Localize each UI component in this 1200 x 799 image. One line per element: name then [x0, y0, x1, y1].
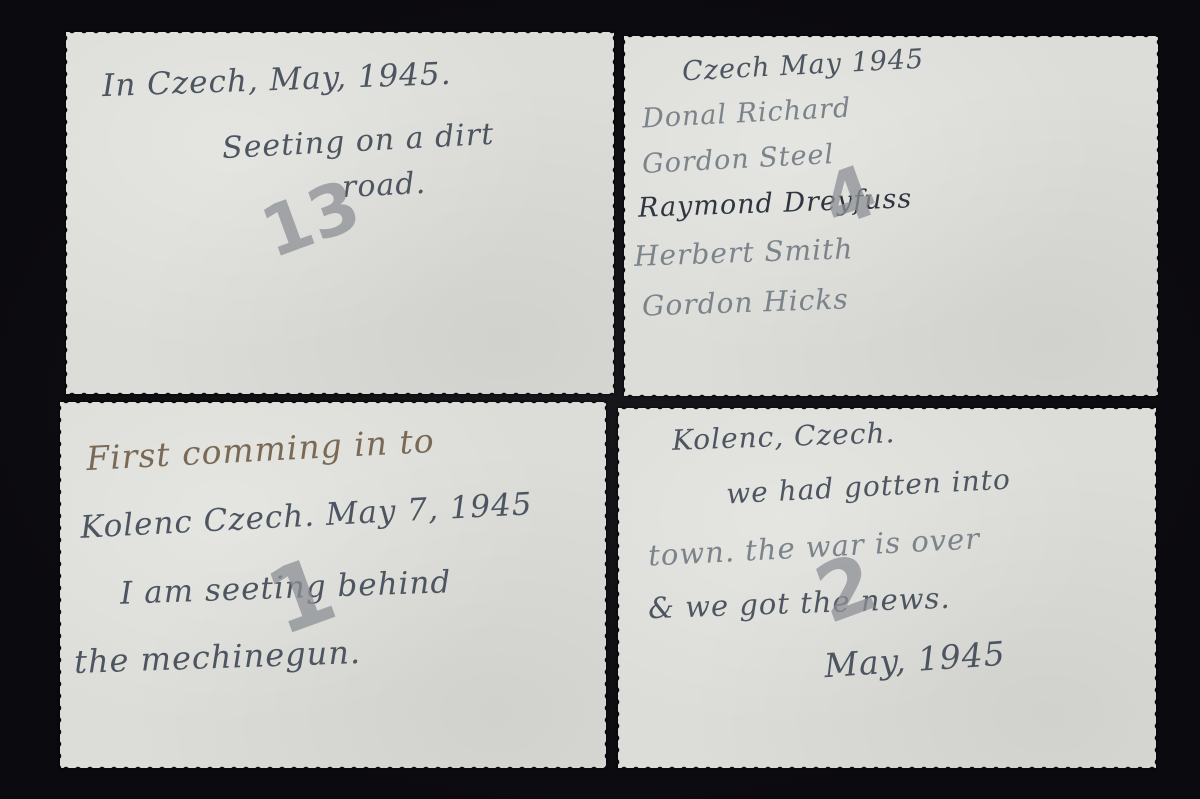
- photo-card-bottom-right: Kolenc, Czech. we had gotten into town. …: [618, 408, 1156, 768]
- handwritten-line: First comming in to: [85, 421, 435, 478]
- deckle-edge: [618, 764, 1156, 768]
- handwritten-line: In Czech, May, 1945.: [101, 56, 452, 104]
- deckle-edge: [66, 32, 614, 36]
- handwritten-line: we had gotten into: [725, 463, 1011, 511]
- deckle-edge: [60, 764, 606, 768]
- handwritten-line: Kolenc, Czech.: [671, 416, 895, 457]
- photo-card-top-left: In Czech, May, 1945. Seeting on a dirt r…: [66, 32, 614, 394]
- deckle-edge: [66, 32, 70, 394]
- handwritten-name: Gordon Steel: [641, 139, 835, 180]
- deckle-edge: [66, 390, 614, 394]
- deckle-edge: [60, 402, 606, 406]
- handwritten-line: Seeting on a dirt: [221, 117, 495, 166]
- deckle-edge: [60, 402, 64, 768]
- handwritten-name: Donal Richard: [641, 93, 852, 135]
- deckle-edge: [602, 402, 606, 768]
- deckle-edge: [1152, 408, 1156, 768]
- deckle-edge: [618, 408, 1156, 412]
- photo-card-bottom-left: First comming in to Kolenc Czech. May 7,…: [60, 402, 606, 768]
- deckle-edge: [624, 36, 1158, 40]
- handwritten-line: May, 1945: [823, 634, 1007, 686]
- handwritten-name: Herbert Smith: [633, 232, 853, 273]
- handwritten-line: & we got the news.: [647, 581, 951, 626]
- handwritten-line: Czech May 1945: [681, 44, 925, 88]
- deckle-edge: [624, 36, 628, 396]
- deckle-edge: [1154, 36, 1158, 396]
- deckle-edge: [610, 32, 614, 394]
- photo-card-top-right: Czech May 1945 Donal Richard Gordon Stee…: [624, 36, 1158, 396]
- deckle-edge: [618, 408, 622, 768]
- handwritten-line: Kolenc Czech. May 7, 1945: [79, 486, 533, 546]
- deckle-edge: [624, 392, 1158, 396]
- handwritten-name: Gordon Hicks: [641, 282, 849, 322]
- numeral-mark: 4: [811, 148, 887, 244]
